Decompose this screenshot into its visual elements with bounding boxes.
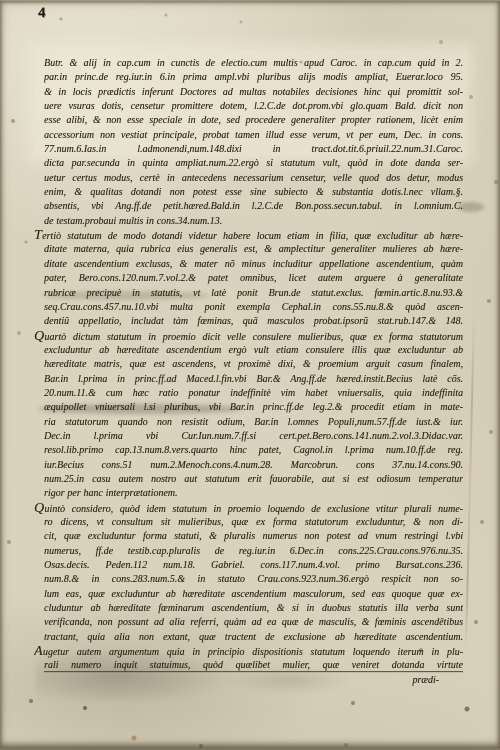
text-line: cluduntur ab hæreditate fœminarum ascend…: [44, 602, 463, 616]
paper-crease: [465, 315, 475, 650]
paragraph: Tertiò statutum de modo dotandi videtur …: [44, 229, 463, 329]
initial-letter: Q: [34, 502, 44, 516]
text-line: verificanda, non possunt ad alia referri…: [44, 616, 463, 630]
scanned-book-page: 4 Butr. & alij in cap.cum in cunctis de …: [0, 0, 500, 750]
page-number: 4: [38, 5, 46, 22]
text-line: æquipollet vniuersali l.si pluribus, vbi…: [44, 401, 463, 415]
paragraph: Augetur autem argumentum quia in princip…: [44, 645, 463, 674]
text-line: absentis, vbi Ang.ff.de petit.hæred.Bald…: [44, 200, 463, 214]
text-line: rigor per hanc interprætationem.: [44, 487, 463, 501]
text-line: par.in princ.de reg.iur.in 6.in prima am…: [44, 71, 463, 85]
paragraph: Quintò considero, quòd idem statutum in …: [44, 502, 463, 645]
text-line: Tertiò statutum de modo dotandi videtur …: [34, 229, 463, 243]
text-line: esse alibi, & non esse speciale in dote,…: [44, 114, 463, 128]
text-line: rali numero inquit statuimus, quòd quæli…: [44, 659, 463, 673]
text-line: Augetur autem argumentum quia in princip…: [34, 645, 463, 659]
foxing-specks: [0, 0, 2, 2]
text-line: 20.num.11.& cum hæc ratio ponatur indeff…: [44, 387, 463, 401]
paragraph: Butr. & alij in cap.cum in cunctis de el…: [44, 57, 463, 229]
text-line: ria statutorum quando non resistit odium…: [44, 416, 463, 430]
paragraphs-container: Butr. & alij in cap.cum in cunctis de el…: [44, 57, 463, 674]
text-line: accessorium non vestiat principale, prob…: [44, 129, 463, 143]
text-line: Quartò dictum statutum in proemio dicit …: [34, 330, 463, 344]
text-line: ro dicens, vt consultum sit mulieribus, …: [44, 516, 463, 530]
text-line: uere vsuras dotis, censetur promittere d…: [44, 100, 463, 114]
text-line: dentiũ appellatio, includat tàm fœminas,…: [44, 315, 463, 329]
text-line: lum eas, quæ excluduntur ab hæreditate a…: [44, 588, 463, 602]
text-line: tractant, quia alia non extant, quæ trac…: [44, 631, 463, 645]
text-line: ditate materna, quia rubrica eius genera…: [44, 243, 463, 257]
text-line: pater, Bero.cons.120.num.7.vol.2.& patet…: [44, 272, 463, 286]
initial-letter: A: [34, 645, 43, 659]
text-line: Quintò considero, quòd idem statutum in …: [34, 502, 463, 516]
text-block: Butr. & alij in cap.cum in cunctis de el…: [44, 57, 463, 688]
text-line: ditate ascendentium exclusas, & mater nõ…: [44, 258, 463, 272]
text-line: rubricæ precipuè in statutis, vt latè po…: [44, 287, 463, 301]
text-line: hæreditate matris, quæ est ascendens, vt…: [44, 358, 463, 372]
text-line: numerus, ff.de testib.cap.pluralis de re…: [44, 545, 463, 559]
catchword: prædi-: [412, 675, 439, 686]
text-line: resol.lib.primo cap.13.num.8.vers.quarto…: [44, 444, 463, 458]
initial-letter: Q: [34, 330, 44, 344]
text-line: dicta par.secunda in quinta ampliat.num.…: [44, 157, 463, 171]
text-line: Butr. & alij in cap.cum in cunctis de el…: [44, 57, 463, 71]
text-line: iur.Becius cons.51 num.2.Menoch.cons.4.n…: [44, 459, 463, 473]
text-line: seq.Crau.cons.457.nu.10.vbi multa ponit …: [44, 301, 463, 315]
text-line: num.8.& in cons.283.num.5.& in statuto C…: [44, 573, 463, 587]
text-line: uetur certus modus, certè in antecedens …: [44, 172, 463, 186]
text-line: Osas.decis. Peden.112 num.18. Gabriel. c…: [44, 559, 463, 573]
initial-letter: T: [34, 229, 42, 243]
text-line: de testam.probaui multis in cons.34.num.…: [44, 215, 463, 229]
text-line: enim, & qualitas dotandi non potest esse…: [44, 186, 463, 200]
text-line: num.25.in casu autem nostro aut statutum…: [44, 473, 463, 487]
text-line: Dec.in l.prima vbi Cur.Iun.num.7.ff.si c…: [44, 430, 463, 444]
text-line: excluduntur ab hæreditate ascendentium e…: [44, 344, 463, 358]
text-line: Bar.in l.prima in princ.ff.ad Maced.l.fi…: [44, 373, 463, 387]
text-line: & in locis prædictis inferunt Doctores a…: [44, 86, 463, 100]
text-line: cit, quæ excluduntur forma statuti, & pl…: [44, 530, 463, 544]
catchword-row: prædi-: [44, 674, 463, 688]
paragraph: Quartò dictum statutum in proemio dicit …: [44, 330, 463, 502]
text-line: 77.num.6.Ias.in l.admonendi,num.148.dixi…: [44, 143, 463, 157]
